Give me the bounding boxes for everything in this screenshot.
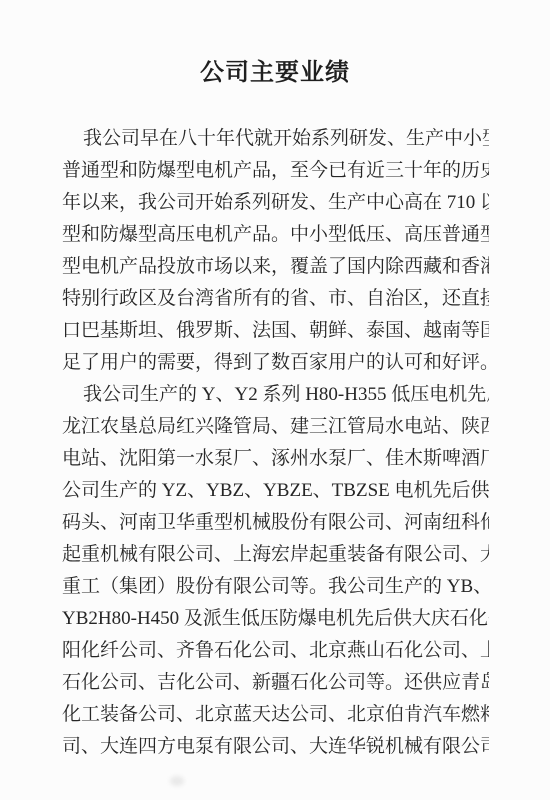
text-line: 我公司早在八十年代就开始系列研发、生产中小型低压	[62, 123, 489, 155]
text-line: 龙江农垦总局红兴隆管局、建三江管局水电站、陕西秦山水	[62, 411, 489, 443]
text-line: 型电机产品投放市场以来，覆盖了国内除西藏和香港、澳门	[62, 251, 489, 283]
text-line: 普通型和防爆型电机产品，至今已有近三十年的历史。2001	[62, 155, 489, 187]
text-line: 司、大连四方电泵有限公司、大连华锐机械有限公司、佳木	[62, 731, 489, 763]
text-line: 足了用户的需要，得到了数百家用户的认可和好评。	[62, 347, 489, 379]
text-line: YB2H80-H450 及派生低压防爆电机先后供大庆石化公司、辽	[62, 603, 489, 635]
text-line: 石化公司、吉化公司、新疆石化公司等。还供应青岛太平洋	[62, 667, 489, 699]
text-line: 化工装备公司、北京蓝天达公司、北京伯肯汽车燃料清洁公	[62, 699, 489, 731]
text-line: 型和防爆型高压电机产品。中小型低压、高压普通型和防爆	[62, 219, 489, 251]
page-title: 公司主要业绩	[0, 52, 550, 87]
text-line: 年以来，我公司开始系列研发、生产中心高在 710 以下普通	[62, 187, 489, 219]
text-line: 码头、河南卫华重型机械股份有限公司、河南纽科伦（新乡）	[62, 507, 489, 539]
text-line: 起重机械有限公司、上海宏岸起重装备有限公司、大连起重	[62, 539, 489, 571]
text-line: 口巴基斯坦、俄罗斯、法国、朝鲜、泰国、越南等国家，满	[62, 315, 489, 347]
text-line: 重工（集团）股份有限公司等。我公司生产的 YB、	[62, 571, 489, 603]
document-page: 公司主要业绩 我公司早在八十年代就开始系列研发、生产中小型低压 普通型和防爆型电…	[0, 0, 550, 800]
text-line: 特别行政区及台湾省所有的省、市、自治区，还直接间接出	[62, 283, 489, 315]
text-line: 阳化纤公司、齐鲁石化公司、北京燕山石化公司、上海金山	[62, 635, 489, 667]
text-line: 公司生产的 YZ、YBZ、YBZE、TBZSE 电机先后供江苏连云港	[62, 475, 489, 507]
text-line: 我公司生产的 Y、Y2 系列 H80-H355 低压电机先后供黑	[62, 379, 489, 411]
document-body: 我公司早在八十年代就开始系列研发、生产中小型低压 普通型和防爆型电机产品，至今已…	[62, 123, 489, 763]
text-line: 电站、沈阳第一水泵厂、涿州水泵厂、佳木斯啤酒厂等。我	[62, 443, 489, 475]
scan-smudge	[170, 776, 184, 786]
